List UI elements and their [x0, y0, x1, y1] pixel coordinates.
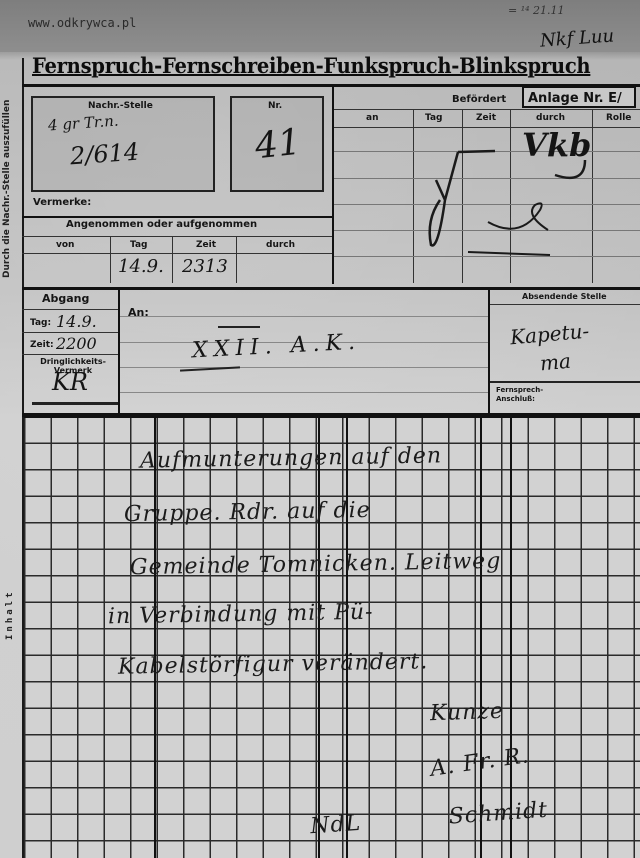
abgang-underline [32, 402, 118, 405]
message-line-2: Gruppe. Rdr. auf die [124, 498, 371, 527]
absender-value-2: ma [539, 349, 572, 376]
message-line-4: in Verbindung mit Pü- [108, 600, 374, 630]
abgang-tag-value: 14.9. [56, 312, 97, 331]
grid-bold-line [318, 417, 320, 858]
grid-top-border [24, 415, 640, 418]
absender-divider [488, 287, 490, 413]
an-row-line [120, 367, 488, 368]
an-overline [218, 326, 260, 328]
document-page: www.odkrywca.pl = ¹⁴ 21.11 Nkf Luu Ferns… [0, 0, 640, 858]
abgang-label: Abgang [42, 292, 89, 305]
absender-line [490, 381, 640, 383]
an-label: An: [128, 306, 149, 319]
abgang-zeit-value: 2200 [56, 334, 97, 353]
abgang-line [22, 332, 118, 333]
grid-bold-line [346, 417, 348, 858]
message-grid [24, 417, 640, 858]
message-line-1: Aufmunterungen auf den [140, 443, 442, 473]
an-row-line [120, 392, 488, 393]
absender-line [490, 304, 640, 305]
dringlichkeit-value: KR [52, 368, 88, 396]
abgang-line [22, 309, 118, 310]
abgang-line [22, 354, 118, 355]
abgang-zeit-label: Zeit: [30, 340, 54, 350]
grid-bold-line [510, 417, 512, 858]
an-row-line [120, 316, 488, 317]
message-line-6: Kunze [430, 699, 505, 727]
fernsprech-label: Fernsprech-Anschluß: [496, 386, 556, 404]
abgang-tag-label: Tag: [30, 318, 51, 328]
abgang-divider [118, 287, 120, 413]
absender-label: Absendende Stelle [522, 292, 607, 301]
grid-bold-line [480, 417, 482, 858]
grid-bold-line [154, 417, 156, 858]
